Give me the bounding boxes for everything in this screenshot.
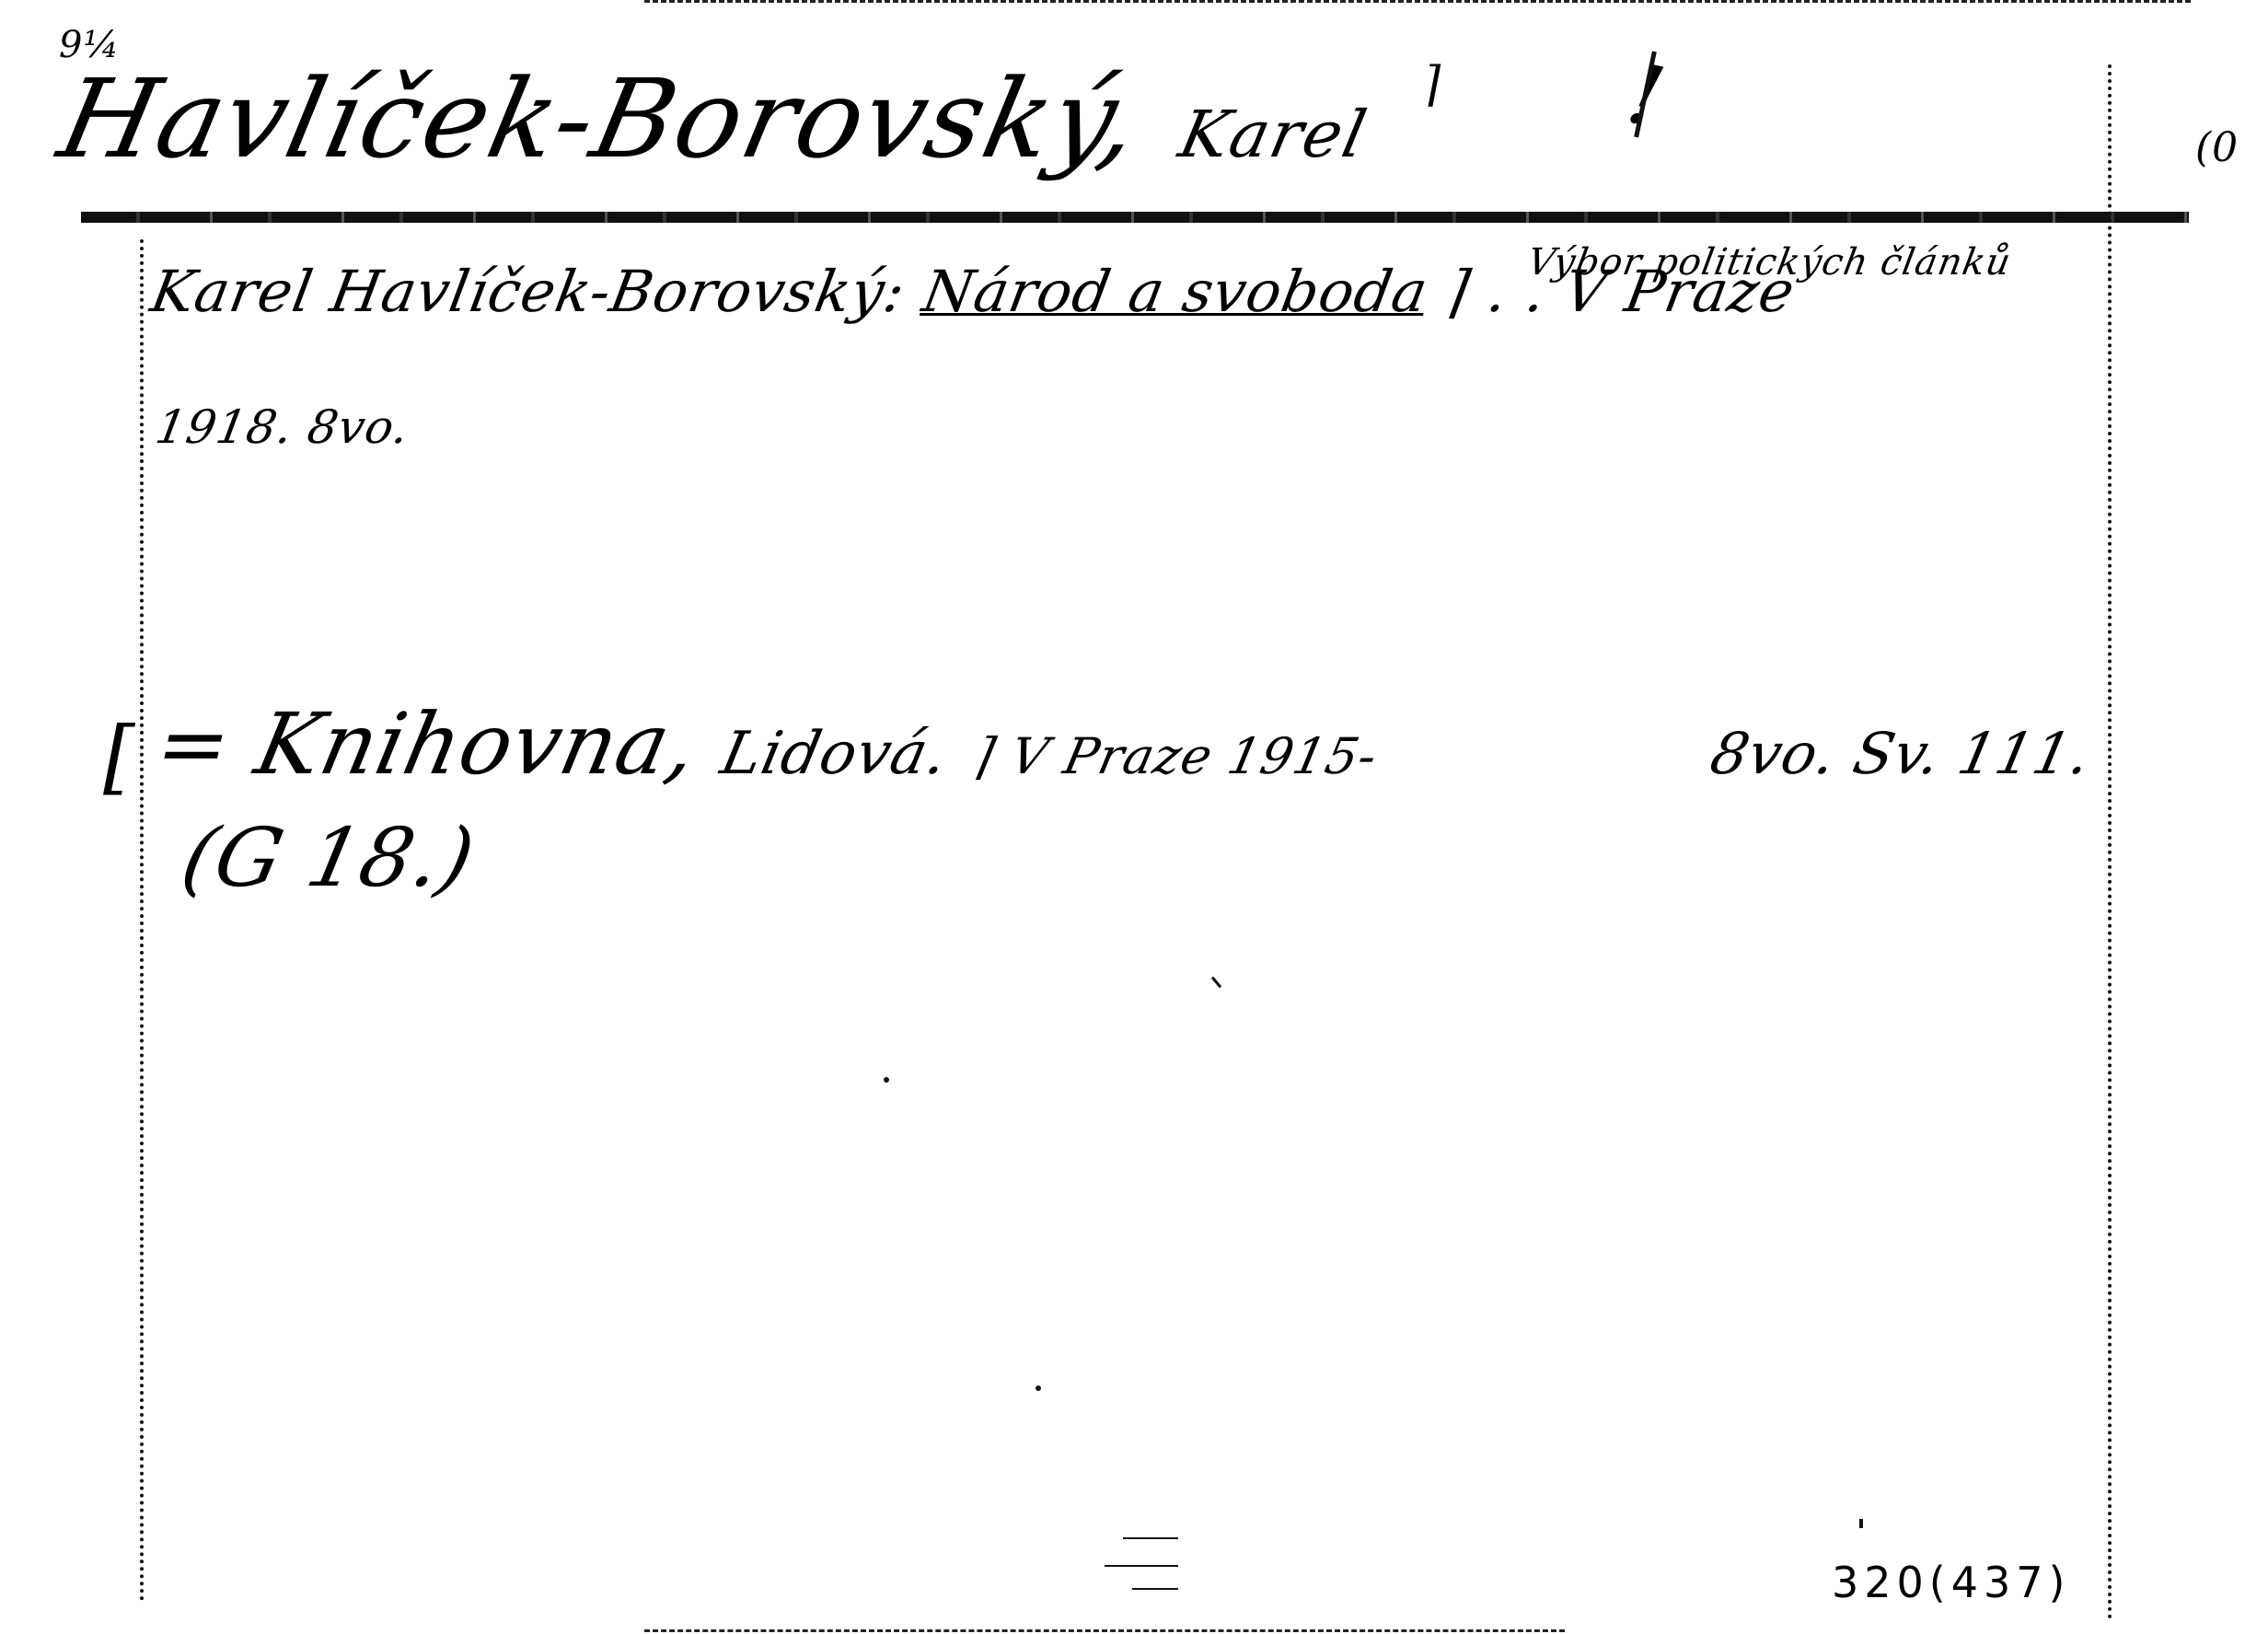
series-volume-code: (G 18.) — [174, 810, 483, 905]
scan-edge-bottom — [644, 1629, 1565, 1634]
shelfmark: 320(437) — [1832, 1558, 2071, 1607]
entry-title: Národ a svoboda — [918, 258, 1433, 325]
series-name: Knihovna, — [248, 695, 707, 794]
heading-given-name: Karel — [1173, 97, 1374, 172]
series-publisher: Lidová. — [715, 720, 955, 788]
scan-edge-top — [644, 0, 2191, 6]
heading-surname: Havlíček-Borovský, — [49, 55, 1151, 182]
catalog-card: 9¼ Havlíček-Borovský, Karel ⌉ ! (0 Výbor… — [0, 0, 2268, 1634]
scan-speck — [884, 1077, 889, 1083]
scan-speck — [1105, 1565, 1178, 1567]
heading-author: Havlíček-Borovský, Karel — [49, 55, 1383, 182]
entry-imprint-place: ⌉ . . V Praze — [1441, 258, 1800, 325]
series-line: = Knihovna, Lidová. ⌉ V Praze 1915- — [148, 695, 1390, 794]
entry-line-1: Karel Havlíček-Borovský: Národ a svoboda… — [146, 258, 1800, 325]
scan-speck — [1123, 1537, 1178, 1539]
heading-bracket-mark: ⌉ — [1422, 57, 1441, 112]
scan-speck — [1211, 977, 1221, 989]
right-corner-mark: (0 — [2195, 124, 2239, 171]
heading-rule — [81, 212, 2189, 223]
entry-line-2: 1918. 8vo. — [152, 400, 413, 454]
left-margin-dotted-line — [140, 239, 144, 1602]
series-bracket: [ — [103, 709, 135, 804]
scan-speck — [1036, 1385, 1041, 1391]
series-place-date: ⌉ V Praze 1915- — [968, 727, 1383, 785]
entry-author: Karel Havlíček-Borovský: — [146, 258, 911, 325]
right-margin-dotted-line — [2108, 64, 2112, 1620]
scan-speck — [1859, 1519, 1863, 1528]
series-format-volume: 8vo. Sv. 111. — [1705, 720, 2097, 787]
scan-speck — [1132, 1588, 1178, 1590]
